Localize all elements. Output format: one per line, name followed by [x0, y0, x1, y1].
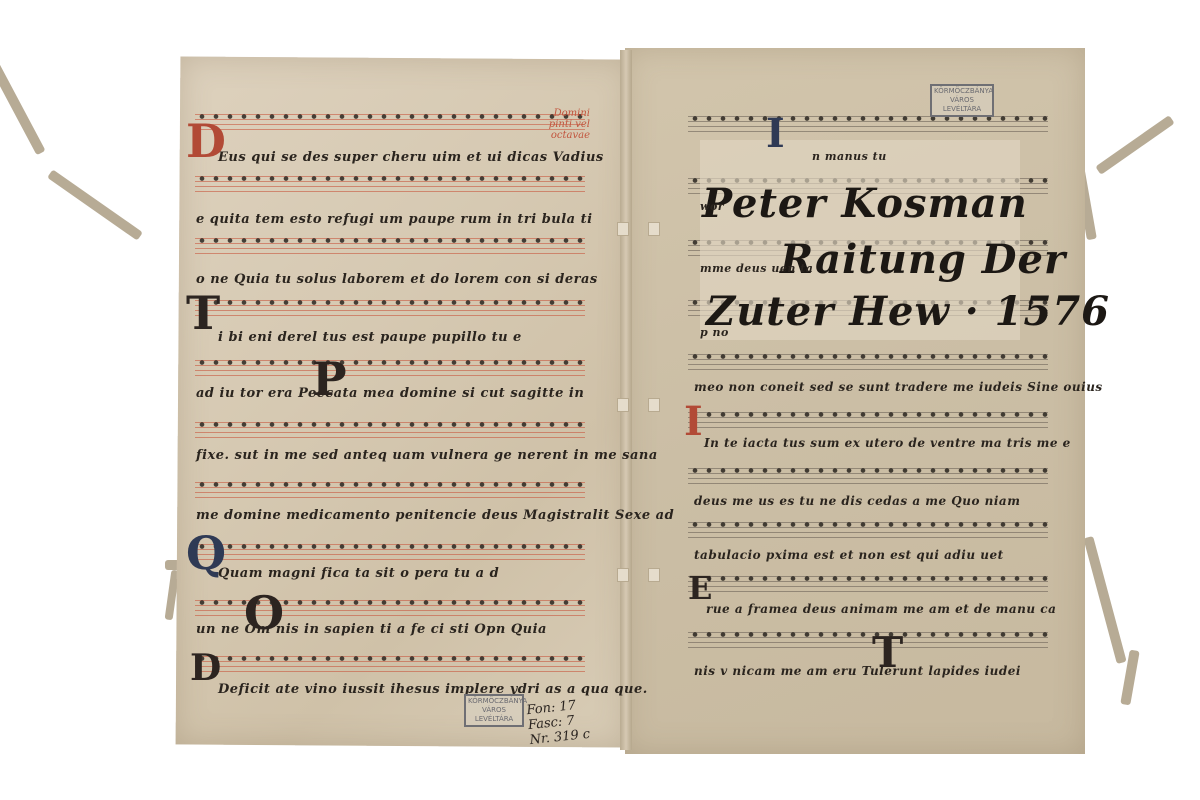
right-staff [688, 628, 1048, 650]
chant-text-line: In te iacta tus sum ex utero de ventre m… [704, 436, 1071, 450]
chant-text-line: meo non coneit sed se sunt tradere me iu… [694, 380, 1103, 394]
stamp-line: LEVÉLTÁRA [934, 105, 990, 114]
chant-text-line: nis v nicam me am eru Tulerunt lapides i… [694, 664, 1021, 678]
left-staff [195, 652, 585, 674]
right-upper-tie-end [1095, 115, 1174, 175]
chant-text-line: Eus qui se des super cheru uim et ui dic… [218, 150, 604, 165]
chant-text-line: me domine medicamento penitencie deus Ma… [196, 508, 674, 523]
decorated-initial: D [190, 650, 221, 686]
right-lower-tie [1083, 536, 1126, 664]
chant-text-line: p no [700, 326, 729, 339]
spine-stitch [617, 222, 629, 236]
chant-text-line: mme deus uen ta [700, 262, 813, 275]
spine-stitch [617, 398, 629, 412]
decorated-initial: I [684, 402, 703, 442]
archive-stamp-left: KÖRMÖCZBÁNYA VÁROS LEVÉLTÁRA [464, 694, 524, 727]
decorated-initial: I [766, 114, 785, 154]
right-staff [688, 572, 1048, 594]
left-staff [195, 234, 585, 256]
decorated-initial: T [872, 632, 903, 674]
chant-text-line: n manus tu [812, 150, 887, 163]
decorated-initial: P [312, 356, 347, 402]
rubric-line: octavae [530, 130, 590, 141]
left-staff [195, 296, 585, 318]
right-staff [688, 464, 1048, 486]
chant-text-line: deus me us es tu ne dis cedas a me Quo n… [694, 494, 1020, 508]
handwritten-shelf-note: Fon: 17 Fasc: 7 Nr. 319 c [526, 697, 591, 748]
right-staff [688, 518, 1048, 540]
decorated-initial: T [186, 290, 220, 336]
stamp-line: KÖRMÖCZBÁNYA [934, 87, 990, 96]
stamp-line: VÁROS [468, 706, 520, 715]
ledger-title-line-1: Peter Kosman [702, 180, 1028, 227]
spine-stitch [648, 222, 660, 236]
chant-text-line: o ne Quia tu solus laborem et do lorem c… [196, 272, 598, 287]
rubric-line: Domini [530, 108, 590, 119]
chant-text-line: Quam magni fica ta sit o pera tu a d [218, 566, 499, 581]
stamp-line: KÖRMÖCZBÁNYA [468, 697, 520, 706]
left-staff [195, 172, 585, 194]
right-staff [688, 350, 1048, 372]
ledger-title-line-2: Raitung Der [780, 236, 1066, 283]
decorated-initial: O [244, 590, 284, 636]
left-staff [195, 540, 585, 562]
right-staff [688, 408, 1048, 430]
decorated-initial: Q [186, 530, 226, 576]
ledger-title-line-3: Zuter Hew · 1576 [706, 288, 1110, 335]
spine-stitch [617, 568, 629, 582]
chant-text-line: wor [700, 200, 724, 213]
left-staff [195, 478, 585, 500]
chant-text-line: rue a framea deus animam me am et de man… [706, 602, 1056, 616]
left-staff [195, 418, 585, 440]
decorated-initial: E [688, 572, 712, 604]
chant-text-line: Deficit ate vino iussit ihesus implere y… [218, 682, 648, 697]
chant-text-line: ad iu tor era Peccata mea domine si cut … [196, 386, 584, 401]
right-staff [688, 112, 1048, 134]
stamp-line: VÁROS [934, 96, 990, 105]
chant-text-line: fixe. sut in me sed anteq uam vulnera ge… [196, 448, 658, 463]
chant-text-line: i bi eni derel tus est paupe pupillo tu … [218, 330, 522, 345]
stamp-line: LEVÉLTÁRA [468, 715, 520, 724]
chant-text-line: e quita tem esto refugi um paupe rum in … [196, 212, 593, 227]
left-staff [195, 356, 585, 378]
rubric-heading: Domini pinti vel octavae [530, 108, 590, 141]
left-upper-tie-end [47, 169, 143, 240]
left-upper-tie [0, 45, 46, 156]
chant-text-line: tabulacio pxima est et non est qui adiu … [694, 548, 1004, 562]
archive-stamp-right: KÖRMÖCZBÁNYA VÁROS LEVÉLTÁRA [930, 84, 994, 117]
decorated-initial: D [186, 118, 226, 164]
rubric-line: pinti vel [530, 119, 590, 130]
spine-stitch [648, 568, 660, 582]
left-staff [195, 110, 585, 132]
spine-stitch [648, 398, 660, 412]
